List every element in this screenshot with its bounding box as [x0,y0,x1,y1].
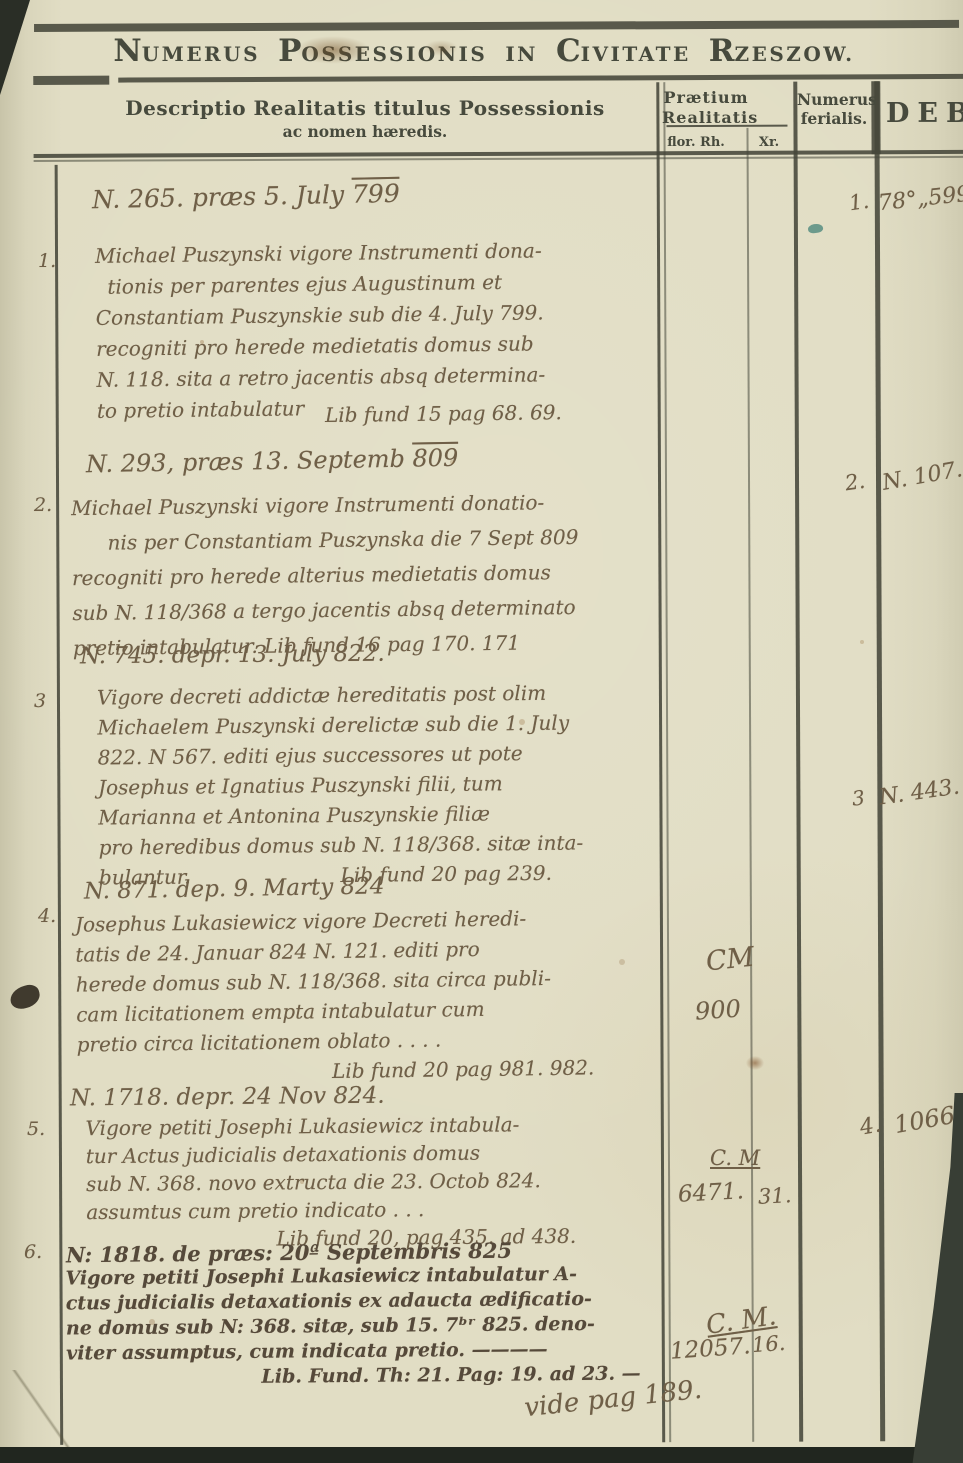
entry3-heading-text: N. 745. depr. 13. July 822. [80,641,385,670]
entry4-heading: N. 871. dep. 9. Marty 824 [84,873,385,904]
entry2-serial-number: 2. [843,469,866,496]
title-initial: P [278,33,301,69]
entry6-line: ne domus sub N: 368. sitæ, sub 15. 7ᵇʳ 8… [66,1311,640,1341]
debet-column-rule [874,81,885,1441]
serial-header-line1: Numerus [797,90,871,109]
entry5-price-kreuzer: 31. [757,1183,792,1209]
entry4-margin-number: 4. [38,905,56,927]
entry5-heading: N. 1718. depr. 24 Nov 824. [70,1083,385,1112]
title-rest: umerus [142,42,260,66]
entry1-heading-year: 799 [352,179,400,209]
description-header-line2: ac nomen hæredis. [100,122,630,141]
entry3-serial-number: 3 [851,785,866,810]
title-word: Civitate [556,46,691,65]
paper-crease [2,1370,82,1450]
margin-column-rule [55,165,64,1445]
entry4-price-florins: 900 [694,994,742,1025]
entry4-body: Josephus Lukasiewicz vigore Decreti here… [75,902,595,1089]
kreuzer-column-rule [746,128,753,1442]
entry1-serial-number: 1. [847,189,870,216]
entry6-margin-number: 6. [24,1241,42,1263]
description-column-header: Descriptio Realitatis titulus Possession… [100,96,630,141]
title-rest: ivitate [581,42,691,66]
entry6-body: Vigore petiti Josephi Lukasiewicz intabu… [65,1261,640,1391]
entry5-currency-label: C. M [710,1146,760,1170]
entry3-heading: N. 745. depr. 13. July 822. [80,641,385,670]
florin-subheader: flor. Rh. [666,135,726,150]
title-initial: R [709,33,735,69]
entry5-line: tur Actus judicialis detaxationis domus [86,1138,576,1170]
entry2-margin-number: 2. [34,494,52,516]
entry3-body: Vigore decreti addictæ hereditatis post … [97,677,584,892]
serial-column-rule [793,82,803,1442]
entry5-heading-text: N. 1718. depr. 24 Nov 824. [70,1083,385,1112]
title-word: Possessionis [278,46,487,65]
entry2-body: Michael Puszynski vigore Instrumenti don… [71,485,580,666]
price-column-header: Prætium Realitatis [662,88,750,128]
entry5-margin-number: 5. [27,1118,45,1140]
foxing-specks [200,340,204,344]
serial-column-header: Numerus ferialis. [797,90,871,128]
top-border-rule [34,20,959,32]
scan-edge-bottom [0,1447,963,1463]
title-word: in [505,46,538,65]
entry6-price-kreuzer: 16. [751,1331,786,1357]
price-header-line1: Prætium [662,88,750,108]
price-header-line2: Realitatis [662,108,750,128]
entry1-heading-text: N. 265. præs 5. July [92,180,353,214]
page-title: NumerusPossessionisinCivitateRzeszow. [40,33,928,69]
entry6-lib-reference: Lib. Fund. Th: 21. Pag: 19. ad 23. — [66,1361,640,1391]
title-rest: ossessionis [301,42,487,66]
entry2-heading-year: 809 [412,444,458,473]
entry3-line: 822. N 567. editi ejus successores ut po… [98,737,583,772]
title-word: Numerus [113,46,260,65]
entry1-margin-number: 1. [38,250,56,272]
debet-column-header: DEB [886,98,963,129]
entry5-line: Vigore petiti Josephi Lukasiewicz intabu… [85,1110,575,1142]
description-header-line1: Descriptio Realitatis titulus Possession… [100,96,630,120]
entry4-currency-label: CM [705,942,756,978]
title-underline-left [33,76,109,85]
entry3-margin-number: 3 [34,690,46,712]
entry5-line: assumtus cum pretio indicato . . . [86,1194,576,1226]
title-rest: in [505,42,538,66]
kreuzer-subheader: Xr. [748,135,790,150]
entry5-line: sub N. 368. novo extructa die 23. Octob … [86,1166,576,1198]
title-initial: C [556,33,581,69]
entry1-body: Michael Puszynski vigore Instrumenti don… [95,235,562,434]
title-underline [118,74,963,83]
serial-header-line2: ferialis. [797,109,871,128]
entry4-heading-text: N. 871. dep. 9. Marty 824 [84,873,385,904]
entry2-heading-text: N. 293, præs 13. Septemb [86,445,413,479]
entry5-serial-number: 4. [858,1112,883,1140]
entry5-body: Vigore petiti Josephi Lukasiewicz intabu… [85,1110,576,1254]
scanned-ledger-page: NumerusPossessionisinCivitateRzeszow. De… [0,0,963,1463]
entry1-line: N. 118. sita a retro jacentis absq deter… [96,359,561,396]
title-rest: zeszow. [734,42,854,66]
title-word: Rzeszow. [709,46,855,65]
title-initial: N [113,33,141,69]
entry5-price-florins: 6471. [677,1178,744,1207]
description-column-rule-2 [663,82,671,1442]
